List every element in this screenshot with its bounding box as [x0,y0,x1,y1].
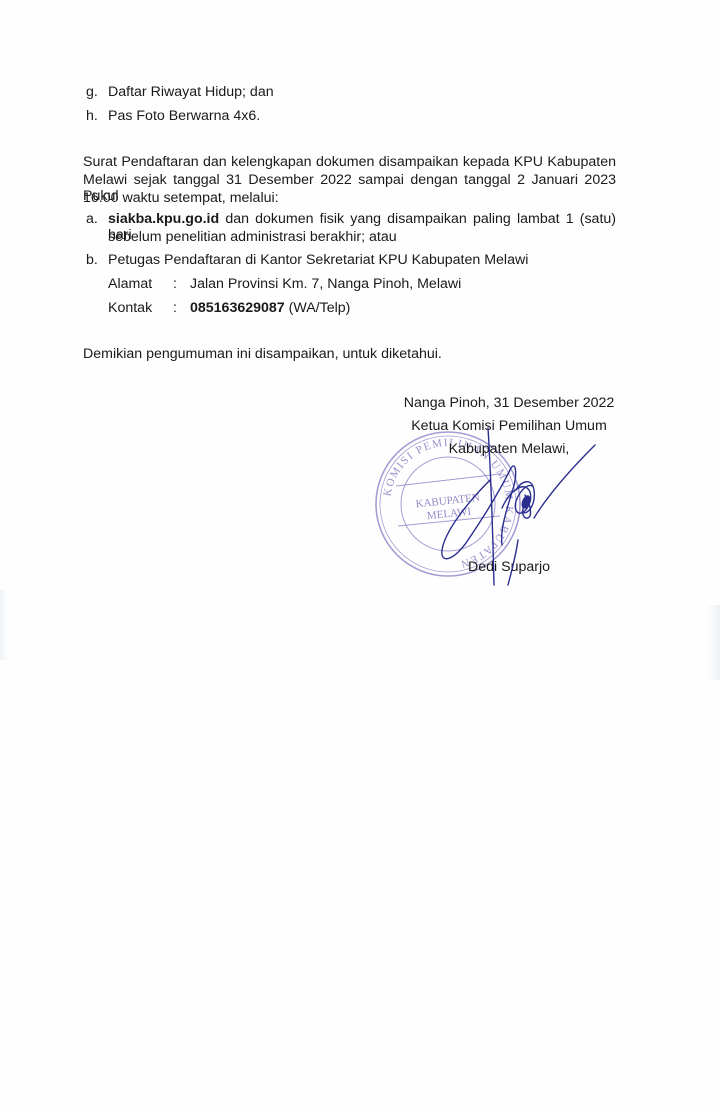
contact-label: Kontak [108,300,152,316]
document-page: g. Daftar Riwayat Hidup; dan h. Pas Foto… [0,0,720,1109]
channel-a-line-2: sebelum penelitian administrasi berakhir… [108,229,397,245]
list-item-h: Pas Foto Berwarna 4x6. [108,108,260,124]
closing-statement: Demikian pengumuman ini disampaikan, unt… [83,346,442,362]
signature-place-date: Nanga Pinoh, 31 Desember 2022 [389,395,629,411]
paragraph-line-3: 16.00 waktu setempat, melalui: [83,190,279,206]
contact-phone: 085163629087 [190,300,285,316]
channel-marker-b: b. [86,252,98,268]
list-marker-g: g. [86,84,98,100]
list-item-g: Daftar Riwayat Hidup; dan [108,84,274,100]
siakba-link[interactable]: siakba.kpu.go.id [108,211,219,227]
contact-separator: : [173,300,177,316]
contact-suffix: (WA/Telp) [285,300,351,316]
address-separator: : [173,276,177,292]
paragraph-line-1: Surat Pendaftaran dan kelengkapan dokume… [83,154,616,170]
channel-marker-a: a. [86,211,98,227]
channel-b-text: Petugas Pendaftaran di Kantor Sekretaria… [108,252,528,268]
contact-value: 085163629087 (WA/Telp) [190,300,350,316]
list-marker-h: h. [86,108,98,124]
page-edge-shadow-right [706,605,720,680]
page-edge-shadow-left [0,590,8,660]
handwritten-signature [430,420,630,590]
address-value: Jalan Provinsi Km. 7, Nanga Pinoh, Melaw… [190,276,461,292]
address-label: Alamat [108,276,152,292]
